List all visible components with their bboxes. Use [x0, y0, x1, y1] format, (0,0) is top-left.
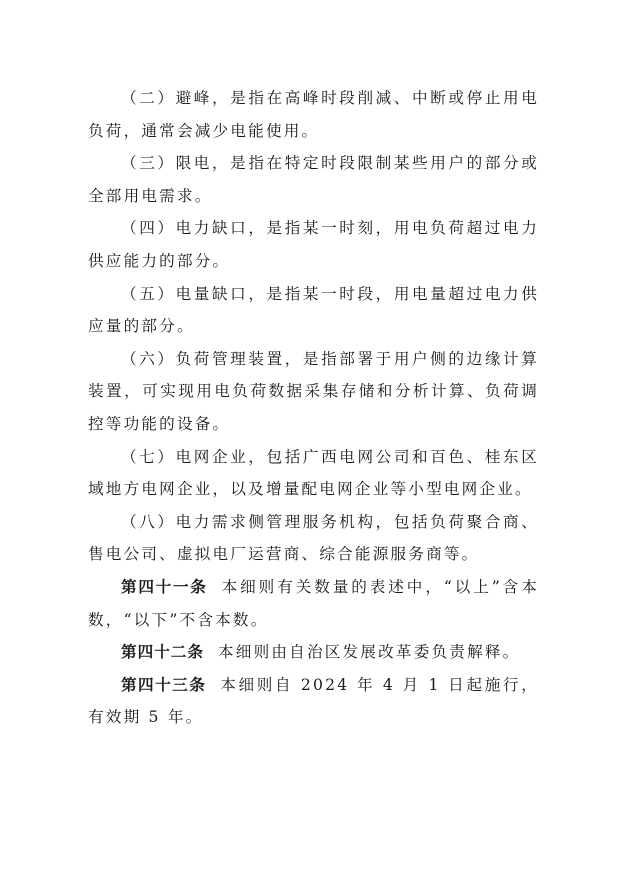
definition-item-6: （六）负荷管理装置，是指部署于用户侧的边缘计算装置，可实现用电负荷数据采集存储和… — [88, 343, 539, 441]
definition-item-7: （七）电网企业，包括广西电网公司和百色、桂东区域地方电网企业，以及增量配电网企业… — [88, 441, 539, 506]
definition-item-2: （二）避峰，是指在高峰时段削减、中断或停止用电负荷，通常会减少电能使用。 — [88, 82, 539, 147]
article-43-number: 第四十三条 — [121, 676, 206, 694]
article-42-number: 第四十二条 — [121, 643, 204, 661]
document-page: （二）避峰，是指在高峰时段削减、中断或停止用电负荷，通常会减少电能使用。 （三）… — [88, 82, 539, 734]
definition-item-8: （八）电力需求侧管理服务机构，包括负荷聚合商、售电公司、虚拟电厂运营商、综合能源… — [88, 506, 539, 571]
definition-item-5: （五）电量缺口，是指某一时段，用电量超过电力供应量的部分。 — [88, 278, 539, 343]
article-41-number: 第四十一条 — [121, 578, 208, 596]
definition-item-4: （四）电力缺口，是指某一时刻，用电负荷超过电力供应能力的部分。 — [88, 212, 539, 277]
definition-item-3: （三）限电，是指在特定时段限制某些用户的部分或全部用电需求。 — [88, 147, 539, 212]
article-42-text: 本细则由自治区发展改革委负责解释。 — [218, 643, 521, 661]
article-41: 第四十一条本细则有关数量的表述中，“以上”含本数，“以下”不含本数。 — [88, 571, 539, 636]
article-43: 第四十三条本细则自 2024 年 4 月 1 日起施行，有效期 5 年。 — [88, 669, 539, 734]
article-42: 第四十二条本细则由自治区发展改革委负责解释。 — [88, 636, 539, 669]
